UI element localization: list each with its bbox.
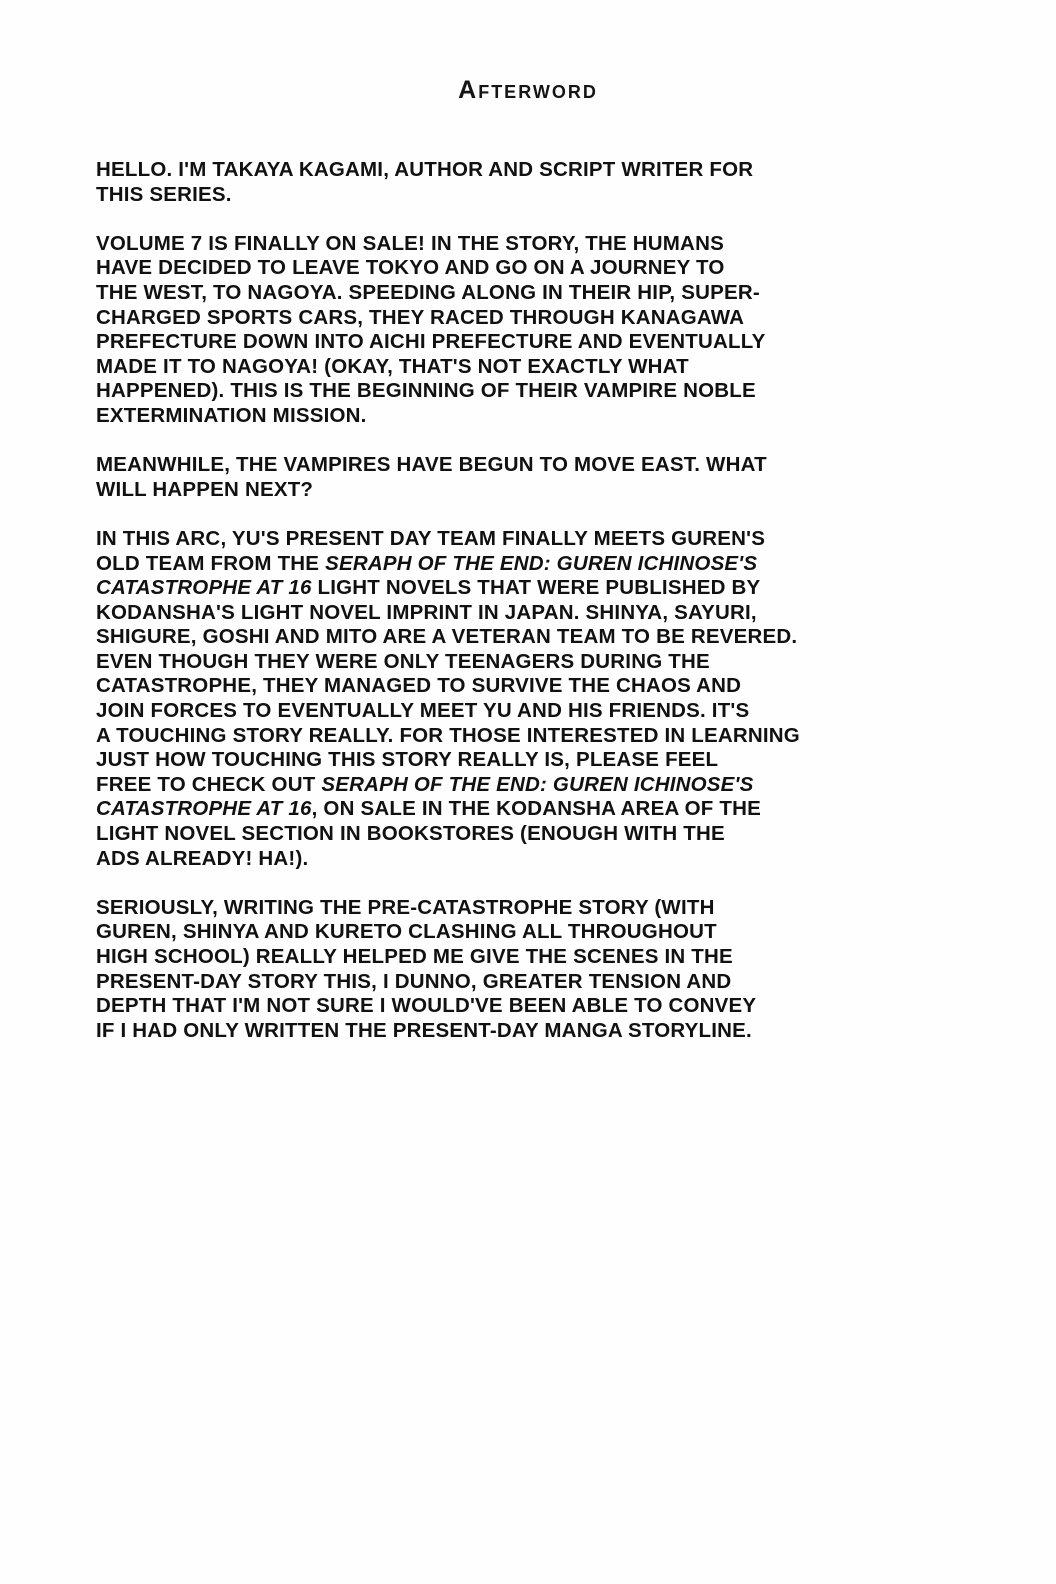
text-line: IN THIS ARC, YU'S PRESENT DAY TEAM FINAL… [96,527,916,552]
text-segment: WILL HAPPEN NEXT? [96,478,313,501]
text-segment: KODANSHA'S LIGHT NOVEL IMPRINT IN JAPAN.… [96,601,757,624]
text-segment: SHIGURE, GOSHI AND MITO ARE A VETERAN TE… [96,625,797,648]
text-segment: SERIOUSLY, WRITING THE PRE-CATASTROPHE S… [96,896,715,919]
text-segment: MEANWHILE, THE VAMPIRES HAVE BEGUN TO MO… [96,453,767,476]
text-line: A TOUCHING STORY REALLY. FOR THOSE INTER… [96,724,916,749]
italic-title-segment: SERAPH OF THE END: GUREN ICHINOSE'S [325,552,757,575]
text-line: GUREN, SHINYA AND KURETO CLASHING ALL TH… [96,920,916,945]
text-segment: JUST HOW TOUCHING THIS STORY REALLY IS, … [96,748,718,771]
text-line: VOLUME 7 IS FINALLY ON SALE! IN THE STOR… [96,232,916,257]
text-line: ADS ALREADY! HA!). [96,847,916,872]
paragraph: MEANWHILE, THE VAMPIRES HAVE BEGUN TO MO… [96,453,916,502]
text-line: JUST HOW TOUCHING THIS STORY REALLY IS, … [96,748,916,773]
text-line: JOIN FORCES TO EVENTUALLY MEET YU AND HI… [96,699,916,724]
text-line: THE WEST, TO NAGOYA. SPEEDING ALONG IN T… [96,281,916,306]
text-line: LIGHT NOVEL SECTION IN BOOKSTORES (ENOUG… [96,822,916,847]
text-segment: THIS SERIES. [96,183,232,206]
text-segment: EVEN THOUGH THEY WERE ONLY TEENAGERS DUR… [96,650,710,673]
text-line: EVEN THOUGH THEY WERE ONLY TEENAGERS DUR… [96,650,916,675]
text-line: IF I HAD ONLY WRITTEN THE PRESENT-DAY MA… [96,1019,916,1044]
text-line: MEANWHILE, THE VAMPIRES HAVE BEGUN TO MO… [96,453,916,478]
afterword-page: Afterword HELLO. I'M TAKAYA KAGAMI, AUTH… [0,0,1056,1584]
text-segment: HAPPENED). THIS IS THE BEGINNING OF THEI… [96,379,756,402]
text-line: CATASTROPHE AT 16 LIGHT NOVELS THAT WERE… [96,576,916,601]
text-segment: DEPTH THAT I'M NOT SURE I WOULD'VE BEEN … [96,994,756,1017]
text-segment: PREFECTURE DOWN INTO AICHI PREFECTURE AN… [96,330,765,353]
italic-title-segment: SERAPH OF THE END: GUREN ICHINOSE'S [321,773,753,796]
text-line: HAPPENED). THIS IS THE BEGINNING OF THEI… [96,379,916,404]
text-line: PREFECTURE DOWN INTO AICHI PREFECTURE AN… [96,330,916,355]
text-line: SERIOUSLY, WRITING THE PRE-CATASTROPHE S… [96,896,916,921]
text-line: SHIGURE, GOSHI AND MITO ARE A VETERAN TE… [96,625,916,650]
text-segment: OLD TEAM FROM THE [96,552,325,575]
text-line: HIGH SCHOOL) REALLY HELPED ME GIVE THE S… [96,945,916,970]
text-segment: FREE TO CHECK OUT [96,773,321,796]
page-title: Afterword [0,76,1056,105]
text-line: WILL HAPPEN NEXT? [96,478,916,503]
text-segment: A TOUCHING STORY REALLY. FOR THOSE INTER… [96,724,800,747]
text-line: OLD TEAM FROM THE SERAPH OF THE END: GUR… [96,552,916,577]
text-line: EXTERMINATION MISSION. [96,404,916,429]
text-segment: HAVE DECIDED TO LEAVE TOKYO AND GO ON A … [96,256,725,279]
text-line: KODANSHA'S LIGHT NOVEL IMPRINT IN JAPAN.… [96,601,916,626]
italic-title-segment: CATASTROPHE AT 16 [96,576,312,599]
text-segment: ADS ALREADY! HA!). [96,847,308,870]
text-segment: HELLO. I'M TAKAYA KAGAMI, AUTHOR AND SCR… [96,158,753,181]
text-line: HAVE DECIDED TO LEAVE TOKYO AND GO ON A … [96,256,916,281]
text-line: HELLO. I'M TAKAYA KAGAMI, AUTHOR AND SCR… [96,158,916,183]
text-line: THIS SERIES. [96,183,916,208]
text-segment: HIGH SCHOOL) REALLY HELPED ME GIVE THE S… [96,945,733,968]
text-segment: THE WEST, TO NAGOYA. SPEEDING ALONG IN T… [96,281,760,304]
text-segment: , ON SALE IN THE KODANSHA AREA OF THE [312,797,761,820]
afterword-body: HELLO. I'M TAKAYA KAGAMI, AUTHOR AND SCR… [96,158,916,1068]
text-segment: IN THIS ARC, YU'S PRESENT DAY TEAM FINAL… [96,527,765,550]
text-segment: PRESENT-DAY STORY THIS, I DUNNO, GREATER… [96,970,731,993]
text-segment: MADE IT TO NAGOYA! (OKAY, THAT'S NOT EXA… [96,355,689,378]
paragraph: IN THIS ARC, YU'S PRESENT DAY TEAM FINAL… [96,527,916,871]
text-line: DEPTH THAT I'M NOT SURE I WOULD'VE BEEN … [96,994,916,1019]
italic-title-segment: CATASTROPHE AT 16 [96,797,312,820]
text-segment: GUREN, SHINYA AND KURETO CLASHING ALL TH… [96,920,717,943]
text-segment: VOLUME 7 IS FINALLY ON SALE! IN THE STOR… [96,232,724,255]
text-segment: LIGHT NOVEL SECTION IN BOOKSTORES (ENOUG… [96,822,725,845]
text-line: CHARGED SPORTS CARS, THEY RACED THROUGH … [96,306,916,331]
paragraph: HELLO. I'M TAKAYA KAGAMI, AUTHOR AND SCR… [96,158,916,207]
paragraph: VOLUME 7 IS FINALLY ON SALE! IN THE STOR… [96,232,916,429]
text-segment: LIGHT NOVELS THAT WERE PUBLISHED BY [312,576,761,599]
text-line: CATASTROPHE, THEY MANAGED TO SURVIVE THE… [96,674,916,699]
text-line: MADE IT TO NAGOYA! (OKAY, THAT'S NOT EXA… [96,355,916,380]
text-segment: JOIN FORCES TO EVENTUALLY MEET YU AND HI… [96,699,749,722]
text-segment: IF I HAD ONLY WRITTEN THE PRESENT-DAY MA… [96,1019,752,1042]
text-line: CATASTROPHE AT 16, ON SALE IN THE KODANS… [96,797,916,822]
text-segment: EXTERMINATION MISSION. [96,404,367,427]
text-line: FREE TO CHECK OUT SERAPH OF THE END: GUR… [96,773,916,798]
text-line: PRESENT-DAY STORY THIS, I DUNNO, GREATER… [96,970,916,995]
paragraph: SERIOUSLY, WRITING THE PRE-CATASTROPHE S… [96,896,916,1044]
text-segment: CHARGED SPORTS CARS, THEY RACED THROUGH … [96,306,744,329]
text-segment: CATASTROPHE, THEY MANAGED TO SURVIVE THE… [96,674,741,697]
